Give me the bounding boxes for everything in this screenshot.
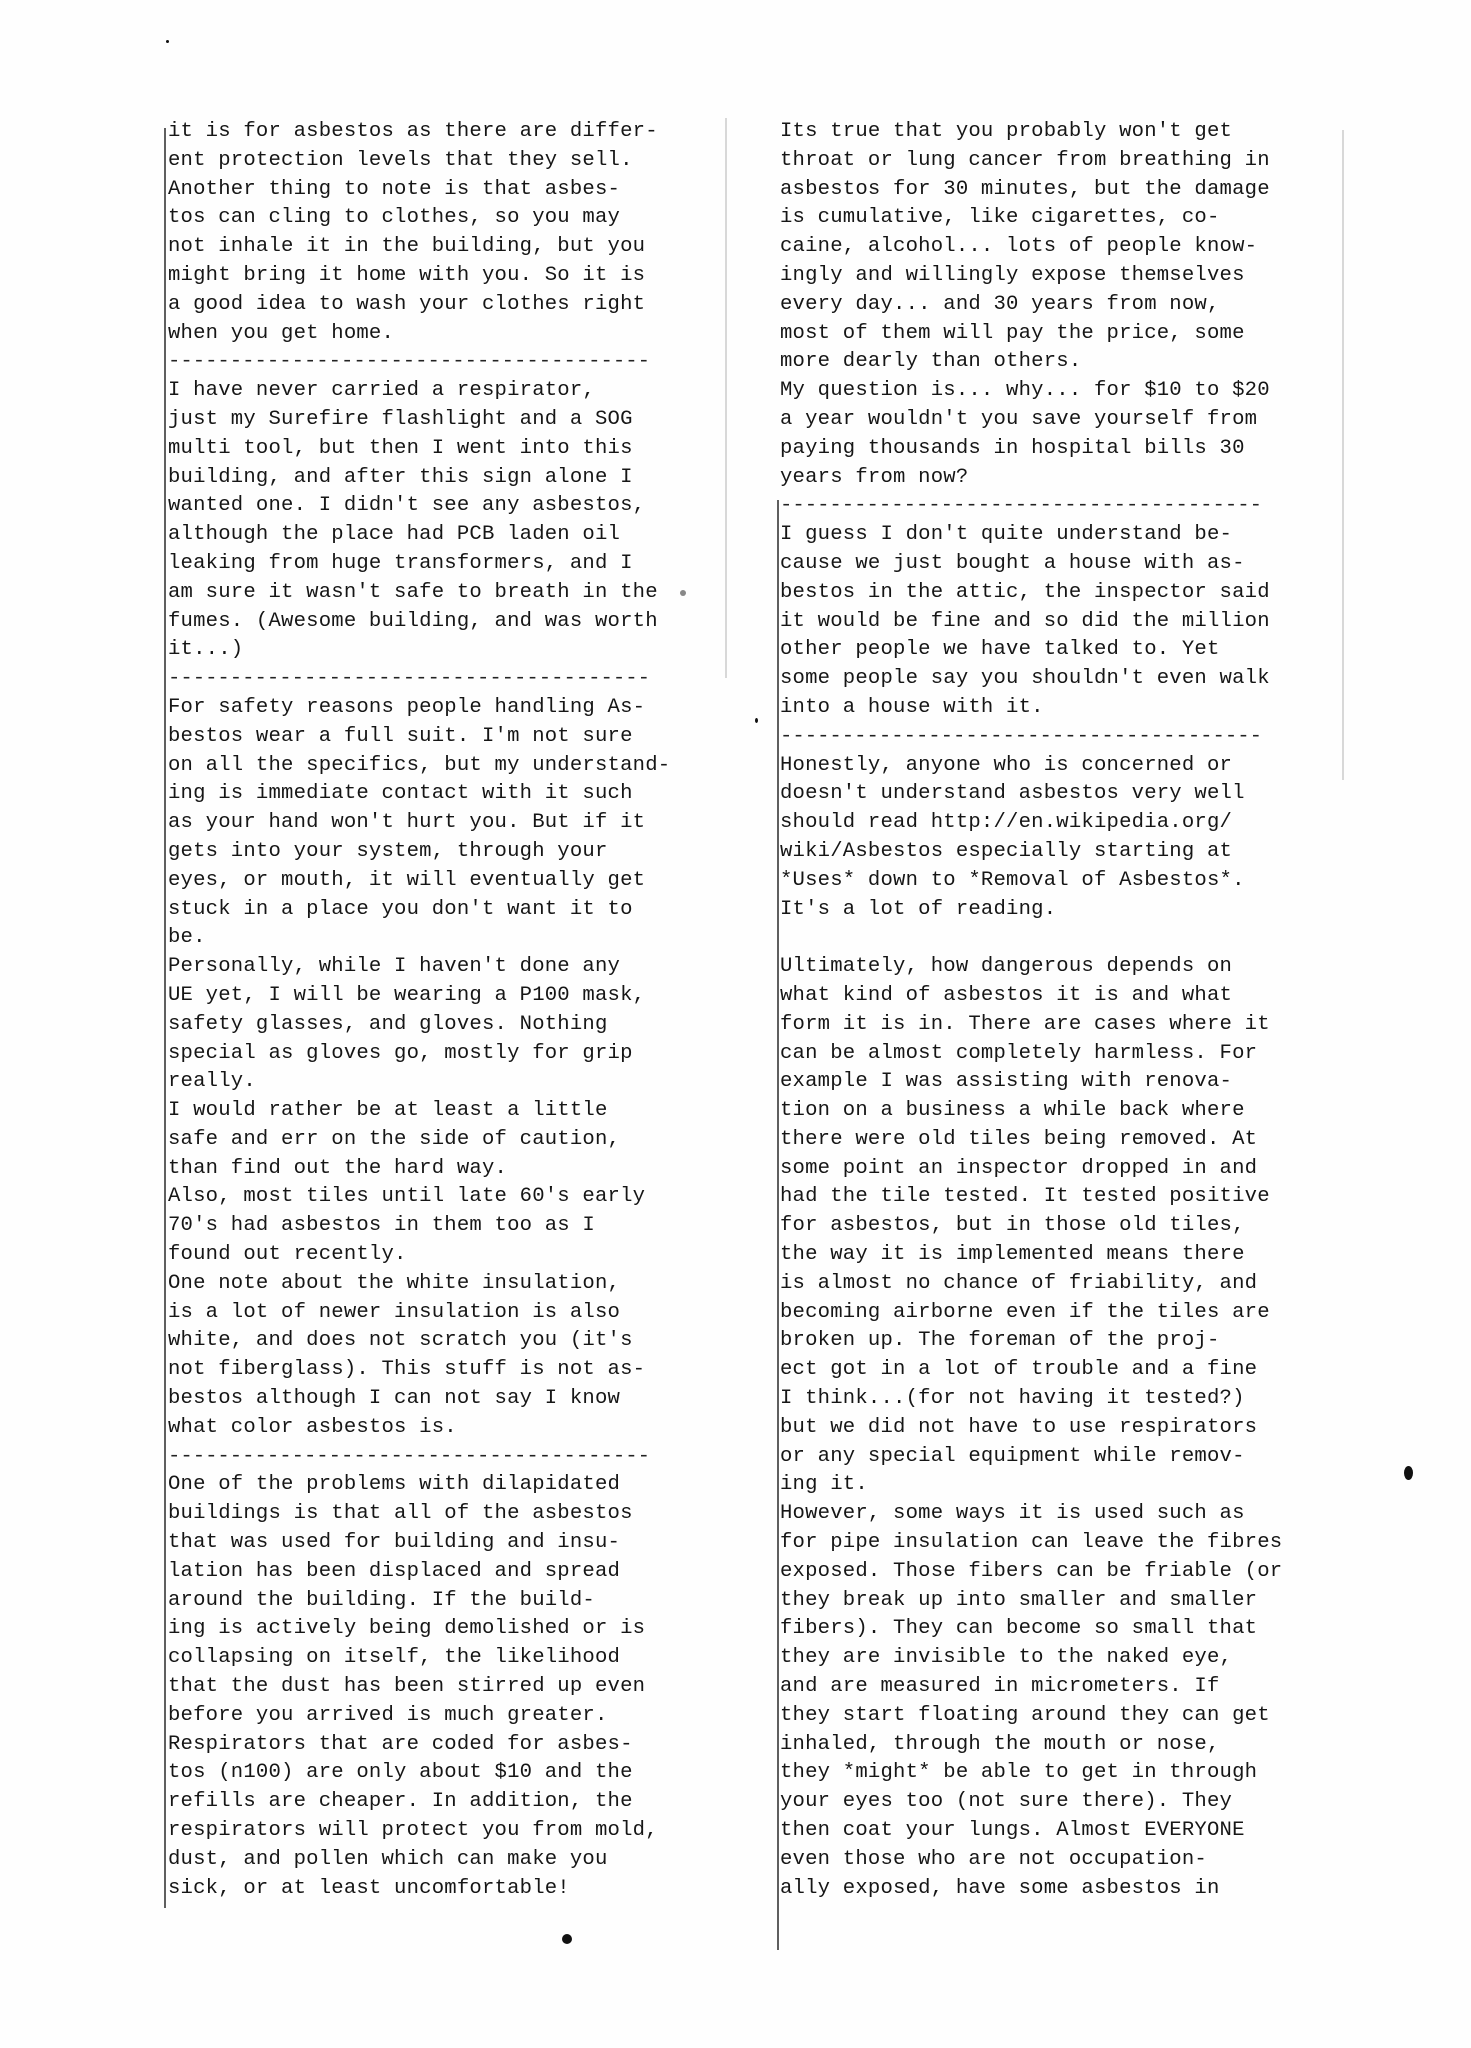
paragraph: Ultimately, how dangerous depends onwhat…: [780, 953, 1340, 1903]
text-line: what color asbestos is.: [168, 1414, 728, 1443]
text-line: doesn't understand asbestos very well: [780, 780, 1340, 809]
text-line: bestos although I can not say I know: [168, 1385, 728, 1414]
text-line: I would rather be at least a little: [168, 1097, 728, 1126]
text-line: and are measured in micrometers. If: [780, 1673, 1340, 1702]
left-column: it is for asbestos as there are differ-e…: [168, 118, 728, 1903]
text-line: most of them will pay the price, some: [780, 320, 1340, 349]
text-line: other people we have talked to. Yet: [780, 636, 1340, 665]
text-line: there were old tiles being removed. At: [780, 1126, 1340, 1155]
text-line: really.: [168, 1068, 728, 1097]
text-line: lation has been displaced and spread: [168, 1558, 728, 1587]
scan-speck: [166, 40, 169, 43]
text-line: more dearly than others.: [780, 348, 1340, 377]
text-line: throat or lung cancer from breathing in: [780, 147, 1340, 176]
text-line: is almost no chance of friability, and: [780, 1270, 1340, 1299]
text-line: should read http://en.wikipedia.org/: [780, 809, 1340, 838]
text-line: inhaled, through the mouth or nose,: [780, 1731, 1340, 1760]
text-line: wanted one. I didn't see any asbestos,: [168, 492, 728, 521]
text-line: ect got in a lot of trouble and a fine: [780, 1356, 1340, 1385]
text-line: tion on a business a while back where: [780, 1097, 1340, 1126]
text-line: Another thing to note is that asbes-: [168, 176, 728, 205]
text-line: a good idea to wash your clothes right: [168, 291, 728, 320]
text-line: am sure it wasn't safe to breath in the: [168, 579, 728, 608]
text-line: One note about the white insulation,: [168, 1270, 728, 1299]
text-line: I guess I don't quite understand be-: [780, 521, 1340, 550]
text-line: form it is in. There are cases where it: [780, 1011, 1340, 1040]
text-line: I have never carried a respirator,: [168, 377, 728, 406]
text-line: refills are cheaper. In addition, the: [168, 1788, 728, 1817]
text-line: ent protection levels that they sell.: [168, 147, 728, 176]
text-line: that the dust has been stirred up even: [168, 1673, 728, 1702]
text-line: example I was assisting with renova-: [780, 1068, 1340, 1097]
text-line: or any special equipment while remov-: [780, 1443, 1340, 1472]
text-line: It's a lot of reading.: [780, 896, 1340, 925]
text-line: One of the problems with dilapidated: [168, 1471, 728, 1500]
text-line: multi tool, but then I went into this: [168, 435, 728, 464]
text-line: than find out the hard way.: [168, 1155, 728, 1184]
text-line: it is for asbestos as there are differ-: [168, 118, 728, 147]
text-line: tos (n100) are only about $10 and the: [168, 1759, 728, 1788]
text-line: However, some ways it is used such as: [780, 1500, 1340, 1529]
text-line: it...): [168, 636, 728, 665]
text-line: For safety reasons people handling As-: [168, 694, 728, 723]
text-line: bestos in the attic, the inspector said: [780, 579, 1340, 608]
paragraph: I guess I don't quite understand be-caus…: [780, 521, 1340, 723]
text-line: sick, or at least uncomfortable!: [168, 1875, 728, 1904]
text-line: can be almost completely harmless. For: [780, 1040, 1340, 1069]
text-line: Honestly, anyone who is concerned or: [780, 752, 1340, 781]
text-line: dust, and pollen which can make you: [168, 1846, 728, 1875]
dashed-divider: ---------------------------------------: [168, 348, 728, 377]
text-line: fibers). They can become so small that: [780, 1615, 1340, 1644]
text-line: might bring it home with you. So it is: [168, 262, 728, 291]
text-line: years from now?: [780, 464, 1340, 493]
text-line: found out recently.: [168, 1241, 728, 1270]
text-line: fumes. (Awesome building, and was worth: [168, 608, 728, 637]
text-line: the way it is implemented means there: [780, 1241, 1340, 1270]
scan-margin-line-right-outer: [1342, 130, 1344, 780]
paragraph: I have never carried a respirator,just m…: [168, 377, 728, 665]
text-line: on all the specifics, but my understand-: [168, 752, 728, 781]
text-line: leaking from huge transformers, and I: [168, 550, 728, 579]
text-line: safe and err on the side of caution,: [168, 1126, 728, 1155]
text-line: building, and after this sign alone I: [168, 464, 728, 493]
text-line: around the building. If the build-: [168, 1587, 728, 1616]
text-line: not inhale it in the building, but you: [168, 233, 728, 262]
paragraph: Its true that you probably won't getthro…: [780, 118, 1340, 492]
paragraph: it is for asbestos as there are differ-e…: [168, 118, 728, 348]
text-line: asbestos for 30 minutes, but the damage: [780, 176, 1340, 205]
text-line: is cumulative, like cigarettes, co-: [780, 204, 1340, 233]
text-line: every day... and 30 years from now,: [780, 291, 1340, 320]
text-line: bestos wear a full suit. I'm not sure: [168, 723, 728, 752]
text-line: that was used for building and insu-: [168, 1529, 728, 1558]
text-line: ing is immediate contact with it such: [168, 780, 728, 809]
text-line: eyes, or mouth, it will eventually get: [168, 867, 728, 896]
scan-speck: [755, 718, 758, 723]
text-line: Its true that you probably won't get: [780, 118, 1340, 147]
text-line: My question is... why... for $10 to $20: [780, 377, 1340, 406]
dashed-divider: ---------------------------------------: [168, 665, 728, 694]
text-line: but we did not have to use respirators: [780, 1414, 1340, 1443]
text-line: collapsing on itself, the likelihood: [168, 1644, 728, 1673]
text-line: safety glasses, and gloves. Nothing: [168, 1011, 728, 1040]
text-line: ally exposed, have some asbestos in: [780, 1875, 1340, 1904]
scan-speck: [1404, 1466, 1413, 1480]
text-line: it would be fine and so did the million: [780, 608, 1340, 637]
paragraph: Honestly, anyone who is concerned ordoes…: [780, 752, 1340, 925]
text-line: although the place had PCB laden oil: [168, 521, 728, 550]
text-line: your eyes too (not sure there). They: [780, 1788, 1340, 1817]
text-line: Respirators that are coded for asbes-: [168, 1731, 728, 1760]
text-line: caine, alcohol... lots of people know-: [780, 233, 1340, 262]
scan-margin-line-left: [164, 128, 166, 1908]
text-line: for pipe insulation can leave the fibres: [780, 1529, 1340, 1558]
text-line: Also, most tiles until late 60's early: [168, 1183, 728, 1212]
text-line: they break up into smaller and smaller: [780, 1587, 1340, 1616]
text-line: Ultimately, how dangerous depends on: [780, 953, 1340, 982]
text-line: ingly and willingly expose themselves: [780, 262, 1340, 291]
text-line: ing is actively being demolished or is: [168, 1615, 728, 1644]
text-line: broken up. The foreman of the proj-: [780, 1327, 1340, 1356]
dashed-divider: ---------------------------------------: [780, 723, 1340, 752]
text-line: when you get home.: [168, 320, 728, 349]
text-line: some people say you shouldn't even walk: [780, 665, 1340, 694]
text-line: even those who are not occupation-: [780, 1846, 1340, 1875]
text-line: buildings is that all of the asbestos: [168, 1500, 728, 1529]
text-line: stuck in a place you don't want it to: [168, 896, 728, 925]
paragraph: One of the problems with dilapidatedbuil…: [168, 1471, 728, 1903]
text-line: then coat your lungs. Almost EVERYONE: [780, 1817, 1340, 1846]
text-line: not fiberglass). This stuff is not as-: [168, 1356, 728, 1385]
text-line: they are invisible to the naked eye,: [780, 1644, 1340, 1673]
scanned-page: it is for asbestos as there are differ-e…: [0, 0, 1471, 2048]
text-line: before you arrived is much greater.: [168, 1702, 728, 1731]
text-line: white, and does not scratch you (it's: [168, 1327, 728, 1356]
text-line: I think...(for not having it tested?): [780, 1385, 1340, 1414]
text-line: Personally, while I haven't done any: [168, 953, 728, 982]
text-line: UE yet, I will be wearing a P100 mask,: [168, 982, 728, 1011]
text-line: ing it.: [780, 1471, 1340, 1500]
text-line: 70's had asbestos in them too as I: [168, 1212, 728, 1241]
text-line: wiki/Asbestos especially starting at: [780, 838, 1340, 867]
paragraph-gap: [780, 924, 1340, 953]
scan-margin-line-right: [777, 500, 779, 1950]
text-line: had the tile tested. It tested positive: [780, 1183, 1340, 1212]
right-column: Its true that you probably won't getthro…: [780, 118, 1340, 1903]
text-line: respirators will protect you from mold,: [168, 1817, 728, 1846]
text-line: cause we just bought a house with as-: [780, 550, 1340, 579]
dashed-divider: ---------------------------------------: [168, 1443, 728, 1472]
text-line: exposed. Those fibers can be friable (or: [780, 1558, 1340, 1587]
text-line: they *might* be able to get in through: [780, 1759, 1340, 1788]
text-line: they start floating around they can get: [780, 1702, 1340, 1731]
text-line: as your hand won't hurt you. But if it: [168, 809, 728, 838]
dashed-divider: ---------------------------------------: [780, 492, 1340, 521]
text-line: what kind of asbestos it is and what: [780, 982, 1340, 1011]
text-line: for asbestos, but in those old tiles,: [780, 1212, 1340, 1241]
text-line: tos can cling to clothes, so you may: [168, 204, 728, 233]
scan-speck: [562, 1934, 572, 1944]
text-line: gets into your system, through your: [168, 838, 728, 867]
text-line: be.: [168, 924, 728, 953]
text-line: becoming airborne even if the tiles are: [780, 1299, 1340, 1328]
paragraph: For safety reasons people handling As-be…: [168, 694, 728, 1443]
text-line: paying thousands in hospital bills 30: [780, 435, 1340, 464]
text-line: just my Surefire flashlight and a SOG: [168, 406, 728, 435]
text-line: *Uses* down to *Removal of Asbestos*.: [780, 867, 1340, 896]
text-line: a year wouldn't you save yourself from: [780, 406, 1340, 435]
text-line: into a house with it.: [780, 694, 1340, 723]
text-line: some point an inspector dropped in and: [780, 1155, 1340, 1184]
text-line: is a lot of newer insulation is also: [168, 1299, 728, 1328]
text-line: special as gloves go, mostly for grip: [168, 1040, 728, 1069]
